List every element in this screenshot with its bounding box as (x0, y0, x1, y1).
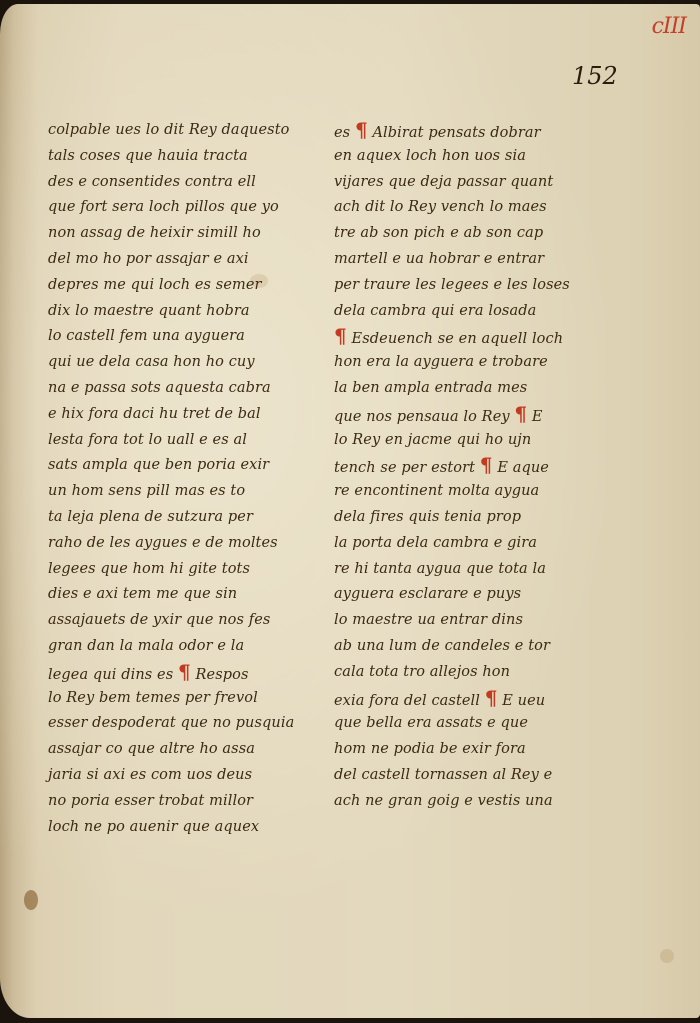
text-line: que bella era assats e que (334, 711, 584, 737)
text-line: ach dit lo Rey vench lo maes (334, 195, 584, 221)
text-line: e hix fora daci hu tret de bal (48, 402, 288, 428)
rubric-pilcrow-icon: ¶ (334, 324, 347, 348)
text-line: re hi tanta aygua que tota la (334, 557, 584, 583)
text-line: ab una lum de candeles e tor (334, 634, 584, 660)
text-line: per traure les legees e les loses (334, 273, 584, 299)
text-line: lesta fora tot lo uall e es al (48, 428, 288, 454)
folio-number: 152 (572, 62, 618, 90)
red-roman-foliation: cⅠⅠⅠ (652, 14, 686, 39)
text-line: tre ab son pich e ab son cap (334, 221, 584, 247)
text-line: tals coses que hauia tracta (48, 144, 288, 170)
text-line: ayguera esclarare e puys (334, 582, 584, 608)
text-line: lo Rey bem temes per frevol (48, 686, 288, 712)
rubric-pilcrow-icon: ¶ (485, 686, 498, 710)
text-line: des e consentides contra ell (48, 170, 288, 196)
text-line: del mo ho por assajar e axi (48, 247, 288, 273)
text-line: depres me qui loch es semer (48, 273, 288, 299)
text-line: hom ne podia be exir fora (334, 737, 584, 763)
text-line: dela cambra qui era losada (334, 299, 584, 325)
rubric-pilcrow-icon: ¶ (480, 453, 493, 477)
text-line: jaria si axi es com uos deus (48, 763, 288, 789)
text-line: ta leja plena de sutzura per (48, 505, 288, 531)
rubric-pilcrow-icon: ¶ (514, 402, 527, 426)
text-line: martell e ua hobrar e entrar (334, 247, 584, 273)
text-line: lo castell fem una ayguera (48, 324, 288, 350)
text-line: na e passa sots aquesta cabra (48, 376, 288, 402)
text-line: dix lo maestre quant hobra (48, 299, 288, 325)
stain (24, 890, 38, 910)
text-line: es ¶ Albirat pensats dobrar (334, 118, 584, 144)
text-line: que fort sera loch pillos que yo (48, 195, 288, 221)
text-line: que nos pensaua lo Rey ¶ E (334, 402, 584, 428)
text-line: sats ampla que ben poria exir (48, 453, 288, 479)
text-line: non assag de heixir simill ho (48, 221, 288, 247)
text-line: dies e axi tem me que sin (48, 582, 288, 608)
text-line: tench se per estort ¶ E aque (334, 453, 584, 479)
text-line: cala tota tro allejos hon (334, 660, 584, 686)
text-line: hon era la ayguera e trobare (334, 350, 584, 376)
text-line: la ben ampla entrada mes (334, 376, 584, 402)
text-line: assajauets de yxir que nos fes (48, 608, 288, 634)
manuscript-page: cⅠⅠⅠ 152 colpable ues lo dit Rey daquest… (0, 4, 700, 1018)
text-line: legees que hom hi gite tots (48, 557, 288, 583)
text-line: raho de les aygues e de moltes (48, 531, 288, 557)
text-line: dela fires quis tenia prop (334, 505, 584, 531)
text-line: del castell tornassen al Rey e (334, 763, 584, 789)
text-line: vijares que deja passar quant (334, 170, 584, 196)
text-line: esser despoderat que no pusquia (48, 711, 288, 737)
text-line: colpable ues lo dit Rey daquesto (48, 118, 288, 144)
text-line: lo Rey en jacme qui ho ujn (334, 428, 584, 454)
text-line: loch ne po auenir que aquex (48, 815, 288, 841)
text-line: assajar co que altre ho assa (48, 737, 288, 763)
stain (660, 949, 674, 963)
text-line: gran dan la mala odor e la (48, 634, 288, 660)
text-line: legea qui dins es ¶ Respos (48, 660, 288, 686)
text-line: ¶ Esdeuench se en aquell loch (334, 324, 584, 350)
text-line: ach ne gran goig e vestis una (334, 789, 584, 815)
text-line: re encontinent molta aygua (334, 479, 584, 505)
left-text-column: colpable ues lo dit Rey daquestotals cos… (48, 118, 288, 840)
text-line: la porta dela cambra e gira (334, 531, 584, 557)
text-line: un hom sens pill mas es to (48, 479, 288, 505)
text-line: exia fora del castell ¶ E ueu (334, 686, 584, 712)
text-line: en aquex loch hon uos sia (334, 144, 584, 170)
rubric-pilcrow-icon: ¶ (178, 660, 191, 684)
rubric-pilcrow-icon: ¶ (355, 118, 368, 142)
text-line: lo maestre ua entrar dins (334, 608, 584, 634)
text-line: no poria esser trobat millor (48, 789, 288, 815)
text-line: qui ue dela casa hon ho cuy (48, 350, 288, 376)
right-text-column: es ¶ Albirat pensats dobraren aquex loch… (334, 118, 584, 815)
